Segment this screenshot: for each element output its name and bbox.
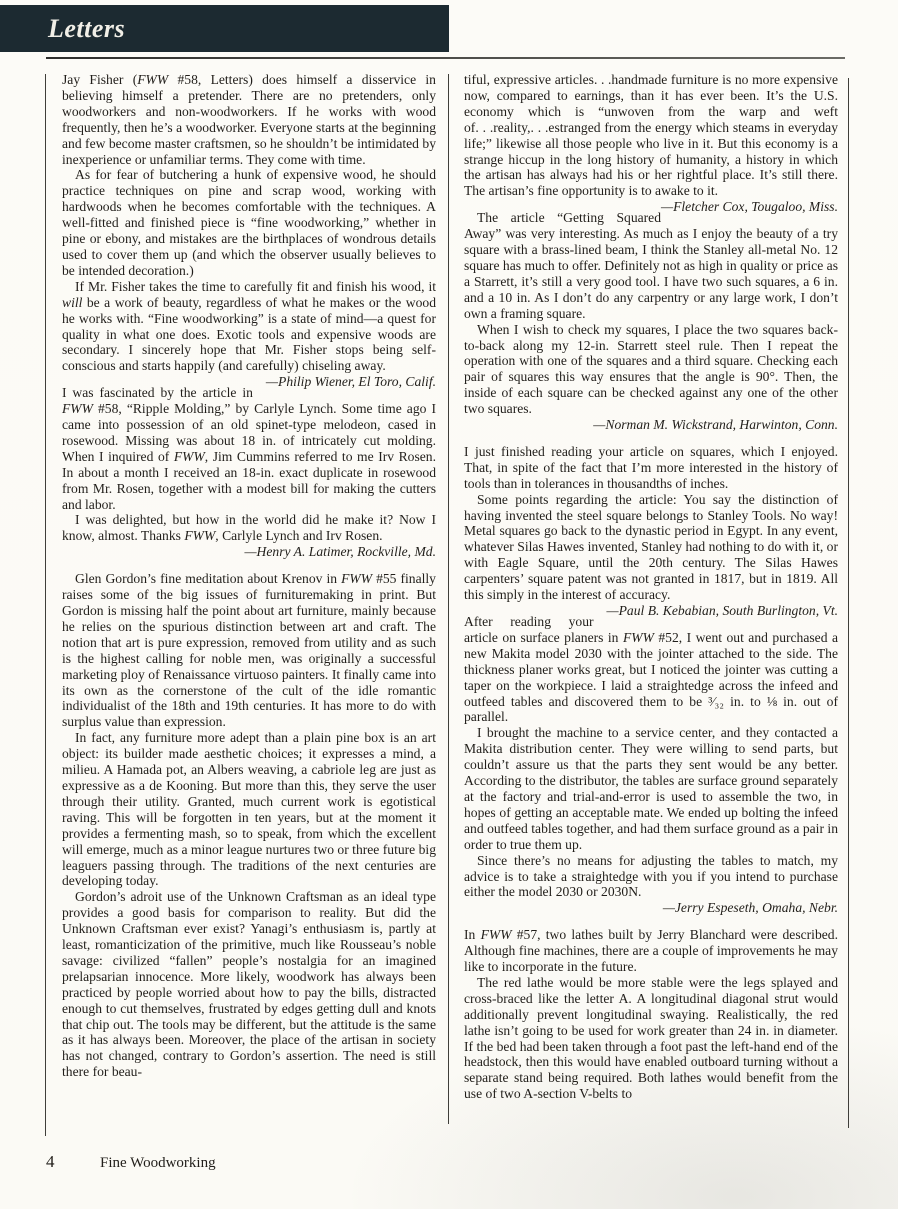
letter-paragraph: The red lathe would be more stable were … <box>464 975 838 1102</box>
letter-paragraph: As for fear of butchering a hunk of expe… <box>62 167 436 278</box>
section-title: Letters <box>48 14 125 44</box>
text-run: When I wish to check my squares, I place… <box>464 322 838 417</box>
italic-text-run: FWW <box>174 449 205 464</box>
letter-signature: —Fletcher Cox, Tougaloo, Miss. <box>661 199 838 215</box>
letter-paragraph: If Mr. Fisher takes the time to carefull… <box>62 279 436 374</box>
text-run: Jay Fisher ( <box>62 72 137 87</box>
text-run: #57, two lathes built by Jerry Blanchard… <box>464 927 838 974</box>
letter-paragraph: I was fascinated by the article in FWW #… <box>62 385 436 512</box>
letter-signature: —Philip Wiener, El Toro, Calif. <box>253 374 436 390</box>
italic-text-run: will <box>62 295 82 310</box>
text-run: As for fear of butchering a hunk of expe… <box>62 167 436 277</box>
page-number: 4 <box>46 1152 100 1172</box>
right-margin-rule <box>848 78 849 1128</box>
letter-signature: —Henry A. Latimer, Rockville, Md. <box>62 544 436 560</box>
letter-paragraph: I just finished reading your article on … <box>464 444 838 492</box>
italic-text-run: FWW <box>481 927 512 942</box>
letter-signature: —Norman M. Wickstrand, Harwinton, Conn. <box>464 417 838 433</box>
page-footer: 4 Fine Woodworking <box>46 1152 216 1172</box>
left-column: Jay Fisher (FWW #58, Letters) does himse… <box>62 72 436 1080</box>
letter-paragraph: Jay Fisher (FWW #58, Letters) does himse… <box>62 72 436 167</box>
letter-signature: —Jerry Espeseth, Omaha, Nebr. <box>464 900 838 916</box>
italic-text-run: FWW <box>184 528 215 543</box>
italic-text-run: FWW <box>623 630 654 645</box>
text-run: Since there’s no means for adjusting the… <box>464 853 838 900</box>
column-divider-rule <box>448 74 449 1124</box>
section-header-bar: Letters <box>0 5 449 52</box>
letter-paragraph: Since there’s no means for adjusting the… <box>464 853 838 901</box>
header-rule <box>46 57 845 59</box>
text-run: #55 finally raises some of the big issue… <box>62 571 436 729</box>
text-run: Gordon’s adroit use of the Unknown Craft… <box>62 889 436 1079</box>
letter-paragraph: Gordon’s adroit use of the Unknown Craft… <box>62 889 436 1080</box>
letter-paragraph: Some points regarding the article: You s… <box>464 492 838 603</box>
letter-paragraph: tiful, expressive articles. . .handmade … <box>464 72 838 199</box>
letter-paragraph: The article “Getting Squared Away” was v… <box>464 210 838 321</box>
letter-paragraph: I was delighted, but how in the world di… <box>62 512 436 544</box>
letter-paragraph: In FWW #57, two lathes built by Jerry Bl… <box>464 927 838 975</box>
italic-text-run: FWW <box>62 401 93 416</box>
letter-paragraph: When I wish to check my squares, I place… <box>464 322 838 417</box>
magazine-name: Fine Woodworking <box>100 1155 216 1172</box>
text-run: be a work of beauty, regardless of what … <box>62 295 436 374</box>
text-run: If Mr. Fisher takes the time to carefull… <box>75 279 436 294</box>
text-run: , Carlyle Lynch and Irv Rosen. <box>215 528 382 543</box>
italic-text-run: FWW <box>137 72 168 87</box>
letter-paragraph: Glen Gordon’s fine meditation about Kren… <box>62 571 436 730</box>
text-run: In fact, any furniture more adept than a… <box>62 730 436 888</box>
left-margin-rule <box>45 74 46 1136</box>
text-run: tiful, expressive articles. . .handmade … <box>464 72 838 198</box>
text-run: Some points regarding the article: You s… <box>464 492 838 602</box>
text-run: The red lathe would be more stable were … <box>464 975 838 1101</box>
text-run: The article “Getting Squared Away” was v… <box>464 210 838 320</box>
text-run: I was fascinated by the article in <box>62 385 253 400</box>
text-run: I brought the machine to a service cente… <box>464 725 838 851</box>
text-run: I just finished reading your article on … <box>464 444 838 491</box>
magazine-page: Letters Jay Fisher (FWW #58, Letters) do… <box>0 0 898 1209</box>
text-run: Glen Gordon’s fine meditation about Kren… <box>75 571 341 586</box>
letter-paragraph: In fact, any furniture more adept than a… <box>62 730 436 889</box>
italic-text-run: FWW <box>341 571 372 586</box>
right-column: tiful, expressive articles. . .handmade … <box>464 72 838 1102</box>
letter-paragraph: After reading your article on surface pl… <box>464 614 838 725</box>
letter-paragraph: I brought the machine to a service cente… <box>464 725 838 852</box>
text-run: In <box>464 927 481 942</box>
letter-signature: —Paul B. Kebabian, South Burlington, Vt. <box>594 603 838 619</box>
